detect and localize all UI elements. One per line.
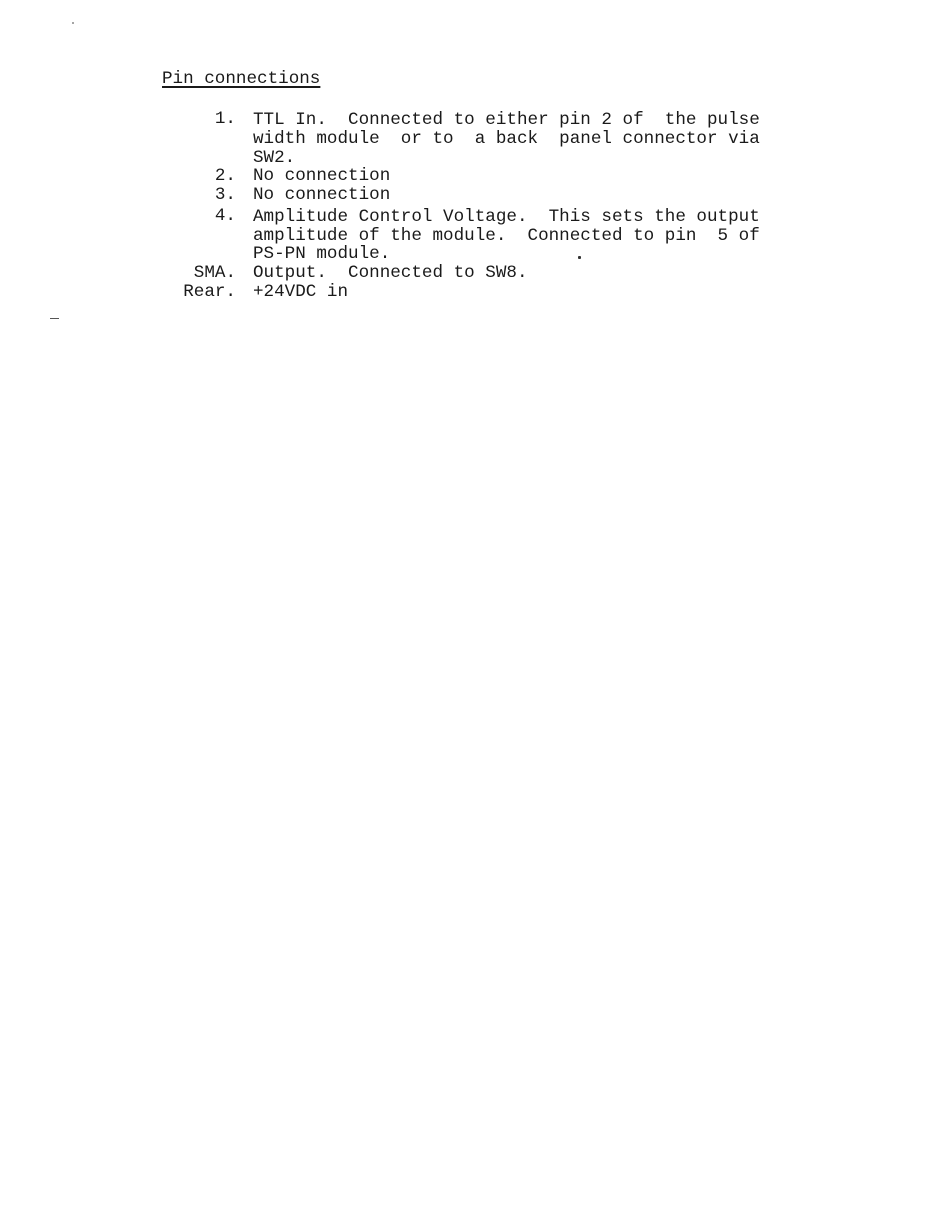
section-title: Pin connections <box>162 70 320 89</box>
pin-description-line: Amplitude Control Voltage. This sets the… <box>253 208 760 227</box>
pin-label: 3. <box>0 186 236 205</box>
scan-speck <box>578 256 581 259</box>
document-page: Pin connections 1. TTL In. Connected to … <box>0 0 950 1229</box>
scan-speck <box>72 22 74 24</box>
pin-label: Rear. <box>0 283 236 302</box>
pin-description-line: No connection <box>253 186 390 205</box>
pin-label: 2. <box>0 167 236 186</box>
pin-label: 4. <box>0 207 236 226</box>
pin-description-line: +24VDC in <box>253 283 348 302</box>
pin-description-line: width module or to a back panel connecto… <box>253 130 760 149</box>
pin-description-line: PS-PN module. <box>253 245 390 264</box>
scan-mark <box>50 318 59 319</box>
pin-description-line: Output. Connected to SW8. <box>253 264 528 283</box>
pin-description-line: No connection <box>253 167 390 186</box>
pin-description-line: TTL In. Connected to either pin 2 of the… <box>253 111 760 130</box>
pin-label: SMA. <box>0 264 236 283</box>
pin-label: 1. <box>0 110 236 129</box>
